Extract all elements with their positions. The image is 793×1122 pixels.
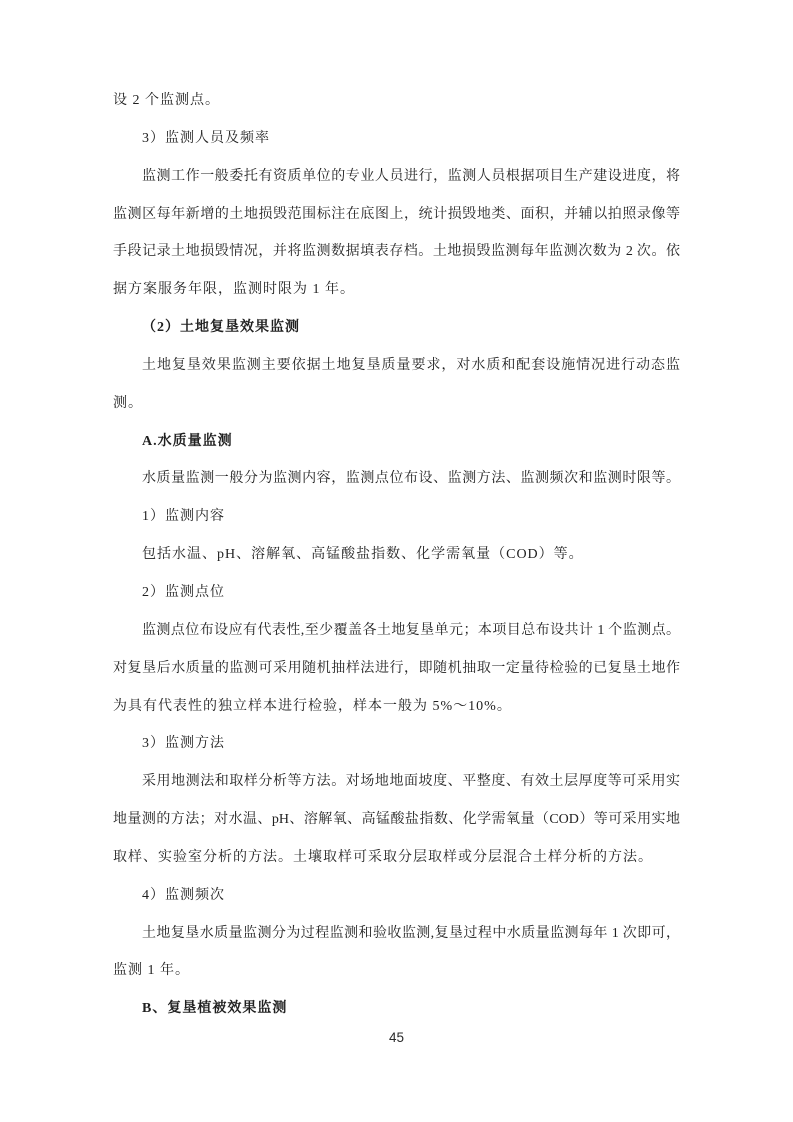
text-line: 监测点位布设应有代表性,至少覆盖各土地复垦单元；本项目总布设共计 1 个监测点。: [113, 612, 680, 650]
text-line: 设 2 个监测点。: [113, 82, 680, 120]
text-line: 4）监测频次: [113, 877, 680, 915]
text-line: 土地复垦水质量监测分为过程监测和验收监测,复垦过程中水质量监测每年 1 次即可，: [113, 915, 680, 953]
text-line: 为具有代表性的独立样本进行检验，样本一般为 5%～10%。: [113, 688, 680, 726]
text-line: 对复垦后水质量的监测可采用随机抽样法进行，即随机抽取一定量待检验的已复垦土地作: [113, 650, 680, 688]
text-line: 监测区每年新增的土地损毁范围标注在底图上，统计损毁地类、面积，并辅以拍照录像等: [113, 196, 680, 234]
text-line: 3）监测方法: [113, 725, 680, 763]
text-line: 手段记录土地损毁情况，并将监测数据填表存档。土地损毁监测每年监测次数为 2 次。…: [113, 233, 680, 271]
text-line: 地量测的方法；对水温、pH、溶解氧、高锰酸盐指数、化学需氧量（COD）等可采用实…: [113, 801, 680, 839]
text-line: 测。: [113, 385, 680, 423]
text-line: 监测 1 年。: [113, 952, 680, 990]
text-line: 1）监测内容: [113, 498, 680, 536]
text-line: （2）土地复垦效果监测: [113, 309, 680, 347]
page-number: 45: [0, 1030, 793, 1046]
document-page: 设 2 个监测点。3）监测人员及频率监测工作一般委托有资质单位的专业人员进行，监…: [0, 0, 793, 1122]
text-line: 采用地测法和取样分析等方法。对场地地面坡度、平整度、有效土层厚度等可采用实: [113, 763, 680, 801]
text-line: 水质量监测一般分为监测内容，监测点位布设、监测方法、监测频次和监测时限等。: [113, 460, 680, 498]
text-line: B、复垦植被效果监测: [113, 990, 680, 1028]
text-line: 2）监测点位: [113, 574, 680, 612]
text-line: 包括水温、pH、溶解氧、高锰酸盐指数、化学需氧量（COD）等。: [113, 536, 680, 574]
text-line: 据方案服务年限，监测时限为 1 年。: [113, 271, 680, 309]
text-line: 3）监测人员及频率: [113, 120, 680, 158]
text-line: 土地复垦效果监测主要依据土地复垦质量要求，对水质和配套设施情况进行动态监: [113, 347, 680, 385]
text-line: 监测工作一般委托有资质单位的专业人员进行，监测人员根据项目生产建设进度，将: [113, 158, 680, 196]
document-body: 设 2 个监测点。3）监测人员及频率监测工作一般委托有资质单位的专业人员进行，监…: [113, 82, 680, 1028]
text-line: 取样、实验室分析的方法。土壤取样可采取分层取样或分层混合土样分析的方法。: [113, 839, 680, 877]
text-line: A.水质量监测: [113, 423, 680, 461]
